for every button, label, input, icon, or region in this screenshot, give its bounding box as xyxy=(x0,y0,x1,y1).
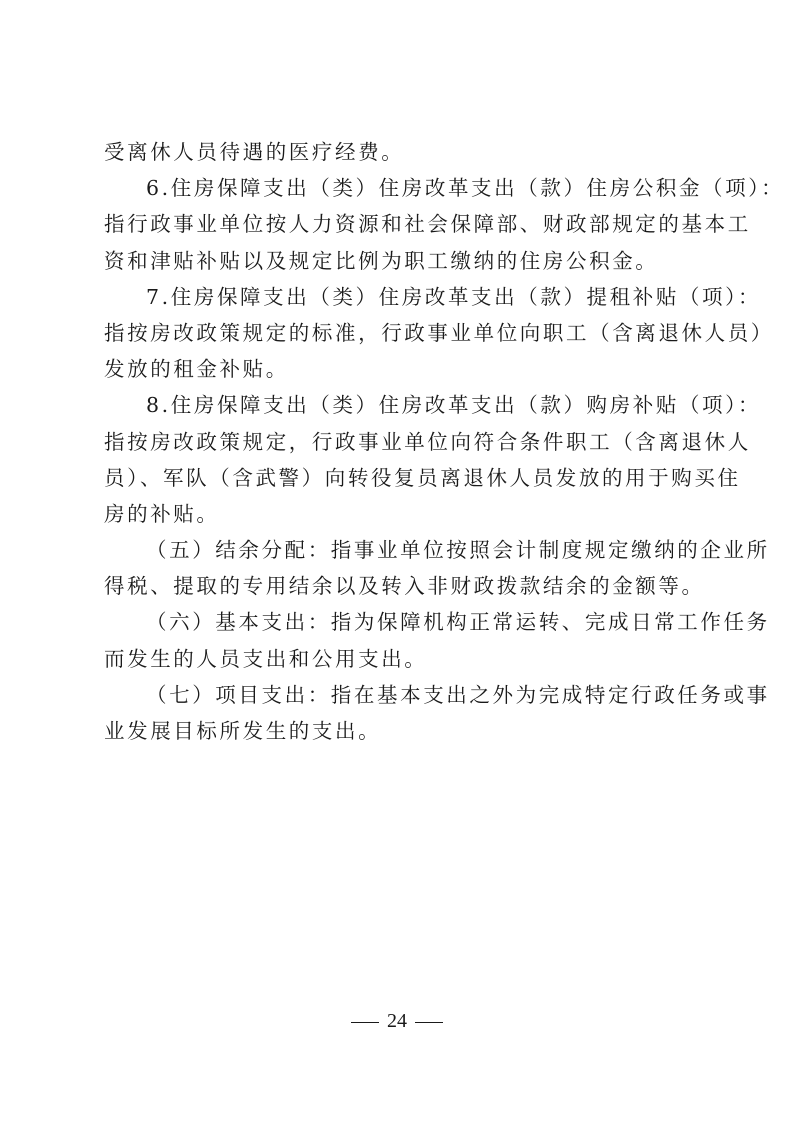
text-line: （六）基本支出：指为保障机构正常运转、完成日常工作任务 xyxy=(104,604,694,640)
document-page: 受离休人员待遇的医疗经费。 6.住房保障支出（类）住房改革支出（款）住房公积金（… xyxy=(0,0,794,1123)
dash-decoration xyxy=(415,1022,443,1023)
text-line: 业发展目标所发生的支出。 xyxy=(104,713,694,749)
text-line: 资和津贴补贴以及规定比例为职工缴纳的住房公积金。 xyxy=(104,243,694,279)
text-line: 指按房改政策规定，行政事业单位向符合条件职工（含离退休人 xyxy=(104,424,694,460)
page-number: 24 xyxy=(387,1010,407,1032)
text-line: （五）结余分配：指事业单位按照会计制度规定缴纳的企业所 xyxy=(104,532,694,568)
text-line: 受离休人员待遇的医疗经费。 xyxy=(104,134,694,170)
text-line: 得税、提取的专用结余以及转入非财政拨款结余的金额等。 xyxy=(104,568,694,604)
text-line: 7.住房保障支出（类）住房改革支出（款）提租补贴（项）： xyxy=(104,279,694,315)
text-line: 8.住房保障支出（类）住房改革支出（款）购房补贴（项）： xyxy=(104,387,694,423)
text-line: 指行政事业单位按人力资源和社会保障部、财政部规定的基本工 xyxy=(104,206,694,242)
text-line: 房的补贴。 xyxy=(104,496,694,532)
text-line: 指按房改政策规定的标准，行政事业单位向职工（含离退休人员） xyxy=(104,315,694,351)
text-line: 而发生的人员支出和公用支出。 xyxy=(104,641,694,677)
text-line: （七）项目支出：指在基本支出之外为完成特定行政任务或事 xyxy=(104,677,694,713)
text-line: 员）、军队（含武警）向转役复员离退休人员发放的用于购买住 xyxy=(104,460,694,496)
text-line: 6.住房保障支出（类）住房改革支出（款）住房公积金（项）： xyxy=(104,170,694,206)
page-footer: 24 xyxy=(0,1010,794,1033)
text-line: 发放的租金补贴。 xyxy=(104,351,694,387)
dash-decoration xyxy=(351,1022,379,1023)
document-body: 受离休人员待遇的医疗经费。 6.住房保障支出（类）住房改革支出（款）住房公积金（… xyxy=(104,134,694,749)
